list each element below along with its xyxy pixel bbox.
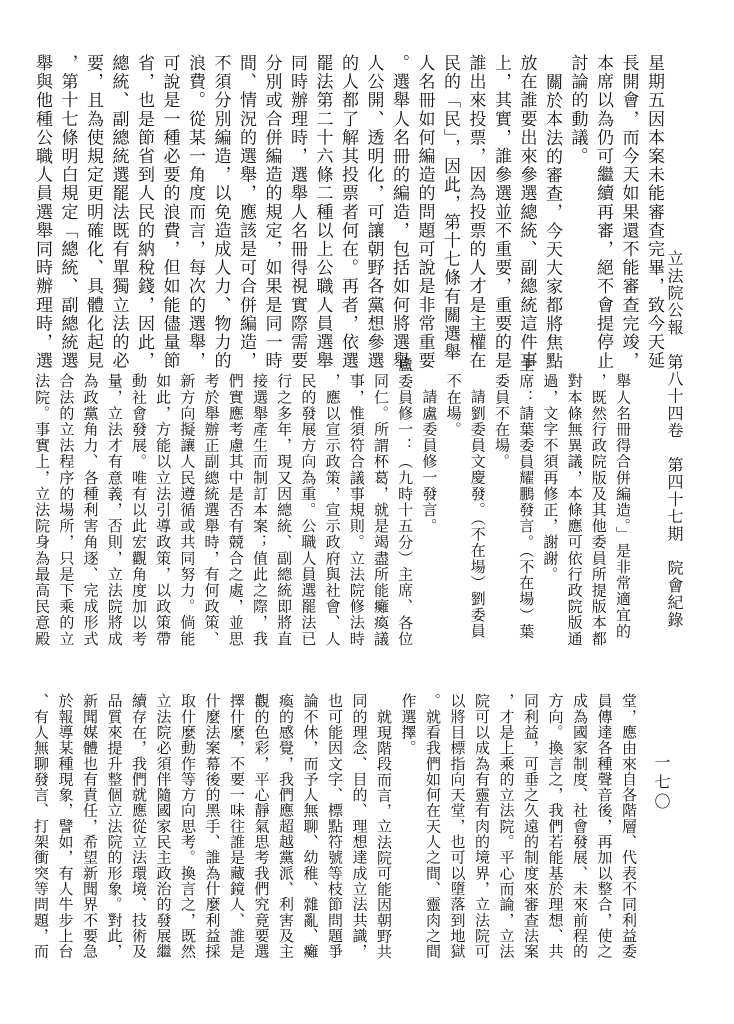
text-column: 上，其實，誰參選並不重要，重要的是 (489, 54, 515, 374)
text-column: 過，文字不須再修正，謝謝。 (537, 357, 561, 649)
text-column: 請劉委員文慶發。（不在場）劉委員 (465, 357, 489, 649)
text-column: 星期五因本案未能審查完畢，致今天延 (642, 54, 668, 374)
text-column: 就現階段而言，立法院可能因朝野共 (371, 693, 396, 961)
text-column: 關於本法的審查，今天大家都將焦點 (540, 54, 566, 374)
text-column: 浪費。從某一角度而言，每次的選舉， (183, 54, 209, 374)
text-column: 動社會發展。唯有以此宏觀角度加以考 (126, 357, 150, 649)
text-column: 考於舉辦正副總統選舉時，有何政策、 (198, 357, 222, 649)
text-column: 放在誰要出來參選總統、副總統這件事 (514, 54, 540, 374)
text-column: 量，立法才有意義，否則，立法院將成 (102, 357, 126, 649)
text-column: 品質來提升整個立法院的形象。對此， (101, 693, 126, 961)
text-column: ，第十七條明白規定「總統、副總統選 (55, 54, 81, 374)
text-column: 總統、副總統選罷法既有單獨立法的必 (106, 54, 132, 374)
text-column: 罷法第二十六條二種以上公職人員選舉 (310, 54, 336, 374)
text-column: 堂，應由來自各階層、代表不同利益委 (616, 693, 641, 961)
text-column: 取什麼動作等方向思考。換言之，既然 (175, 693, 200, 961)
text-column: 同的理念、目的、理想達成立法共識， (346, 693, 371, 961)
text-column: 民的發展方向為重。公職人員選罷法已 (295, 357, 319, 649)
text-column: 、有人無聊發言、打架衝突等問題，而 (28, 693, 53, 961)
text-column: 同利益，可垂之久遠的制度來審查法案 (518, 693, 543, 961)
text-column: 什麼法案幕後的黑手、誰為什麼利益採 (199, 693, 224, 961)
text-column: 合法的立法程序的場所，只是下乘的立 (53, 357, 77, 649)
text-column: 院可以成為有靈有肉的境界，立法院可 (469, 693, 494, 961)
text-column: 的人都了解其投票者何在。再者，依選 (336, 54, 362, 374)
text-column: 瘓的感覺，我們應超越黨派、利害及主 (273, 693, 298, 961)
text-column: ，應以宣示政策，宣示政府與社會、人 (319, 357, 343, 649)
text-column: 同仁。所謂杯葛，就是竭盡所能癱瘓議 (368, 357, 392, 649)
text-column: 作選擇。 (395, 693, 420, 961)
text-column: 長開會，而今天如果還不能審查完竣， (616, 54, 642, 374)
text-column: 誰出來投票，因為投票的人才是主權在 (463, 54, 489, 374)
text-column: 為政黨角力、各種利害角逐、完成形式 (77, 357, 101, 649)
text-column: 討論的動議。 (565, 54, 591, 374)
text-column: 不須分別編造，以免造成人力、物力的 (208, 54, 234, 374)
text-column: 對本條無異議，本條應可依行政院版通 (561, 357, 585, 649)
text-column: 間、情況的選舉，應該是可合併編造， (234, 54, 260, 374)
text-column: 如此，方能以立法引導政策，以政策帶 (150, 357, 174, 649)
text-column: 舉人名冊得合併編造。」是非常適宜的 (610, 357, 634, 649)
text-column: 不在場。 (440, 357, 464, 649)
text-column: 立法院必須伴隨國家民主政治的發展繼 (150, 693, 175, 961)
text-column: 本席以為仍可繼續再審，絕不會提停止 (591, 54, 617, 374)
text-column: 同時辦理時，選舉人名冊得視實際需要 (285, 54, 311, 374)
text-column: 法院。事實上，立法院身為最高民意殿 (29, 357, 53, 649)
text-band-bottom: 堂，應由來自各階層、代表不同利益委員傳達各種聲音後，再加以整合，使之成為國家制度… (28, 693, 640, 961)
gazette-page: 立法院公報 第八十四卷 第四十七期 院會紀錄 一七〇 星期五因本案未能審查完畢，… (0, 0, 734, 1024)
text-column: 員傳達各種聲音後，再加以整合，使之 (591, 693, 616, 961)
text-column: ，才是上乘的立法院。平心而論，立法 (493, 693, 518, 961)
text-column: 以將目標指向天堂，也可以墮落到地獄 (444, 693, 469, 961)
text-column: 觀的色彩，平心靜氣思考我們究竟要選 (248, 693, 273, 961)
text-column: 委員不在場。 (489, 357, 513, 649)
text-column: ，既然行政院版及其他委員所提版本都 (586, 357, 610, 649)
text-column: 接選舉產生而制訂本案；值此之際，我 (247, 357, 271, 649)
text-column: 新聞媒體也有責任，希望新聞界不要急 (77, 693, 102, 961)
text-column: 主席：請葉委員耀鵬發言。（不在場）葉 (513, 357, 537, 649)
text-column: 新方向擬讓人民遵循或共同努力。倘能 (174, 357, 198, 649)
text-column: 方向。換言之，我們若能基於理想、共 (542, 693, 567, 961)
text-column: 們實應考慮其中是否有競合之處，並思 (223, 357, 247, 649)
text-band-top: 星期五因本案未能審查完畢，致今天延長開會，而今天如果還不能審查完竣，本席以為仍可… (28, 54, 667, 374)
text-column: 舉與他種公職人員選舉同時辦理時，選 (30, 54, 56, 374)
text-column: 人公開、透明化，可讓朝野各黨想參選 (361, 54, 387, 374)
text-column: 省，也是節省到人民的納稅錢，因此， (132, 54, 158, 374)
text-band-middle: 舉人名冊得合併編造。」是非常適宜的，既然行政院版及其他委員所提版本都對本條無異議… (28, 357, 634, 649)
page-number: 一七〇 (649, 754, 671, 813)
text-column: 成為國家制度、社會發展、未來前程的 (567, 693, 592, 961)
text-column: 請盧委員修一發言。 (416, 357, 440, 649)
text-column: 續存在，我們就應從立法環境、技術及 (126, 693, 151, 961)
text-column: 盧委員修一：（九時十五分）主席、各位 (392, 357, 416, 649)
text-column: 於報導某種現象，譬如，有人牛步上台 (52, 693, 77, 961)
text-column: 行之多年，現又因總統、副總統即將直 (271, 357, 295, 649)
text-column: 事，惟須符合議事規則。立法院修法時 (344, 357, 368, 649)
text-column: 民的「民」，因此，第十七條有關選舉 (438, 54, 464, 374)
text-column: 分別或合併編造的規定，如果是同一時 (259, 54, 285, 374)
text-column: 。選舉人名冊的編造，包括如何將選舉 (387, 54, 413, 374)
text-column: 。就看我們如何在天人之間、靈肉之間 (420, 693, 445, 961)
text-column: 要，且為使規定更明確化、具體化起見 (81, 54, 107, 374)
text-column: 論不休，而予人無聊、幼稚、雜亂、癱 (297, 693, 322, 961)
text-column: 也可能因文字、標點符號等枝節問題爭 (322, 693, 347, 961)
text-column: 擇什麼，不要一味往誰是藏鏡人、誰是 (224, 693, 249, 961)
text-column: 可說是一種必要的浪費，但如能儘量節 (157, 54, 183, 374)
text-column: 人名冊如何編造的問題可說是非常重要 (412, 54, 438, 374)
